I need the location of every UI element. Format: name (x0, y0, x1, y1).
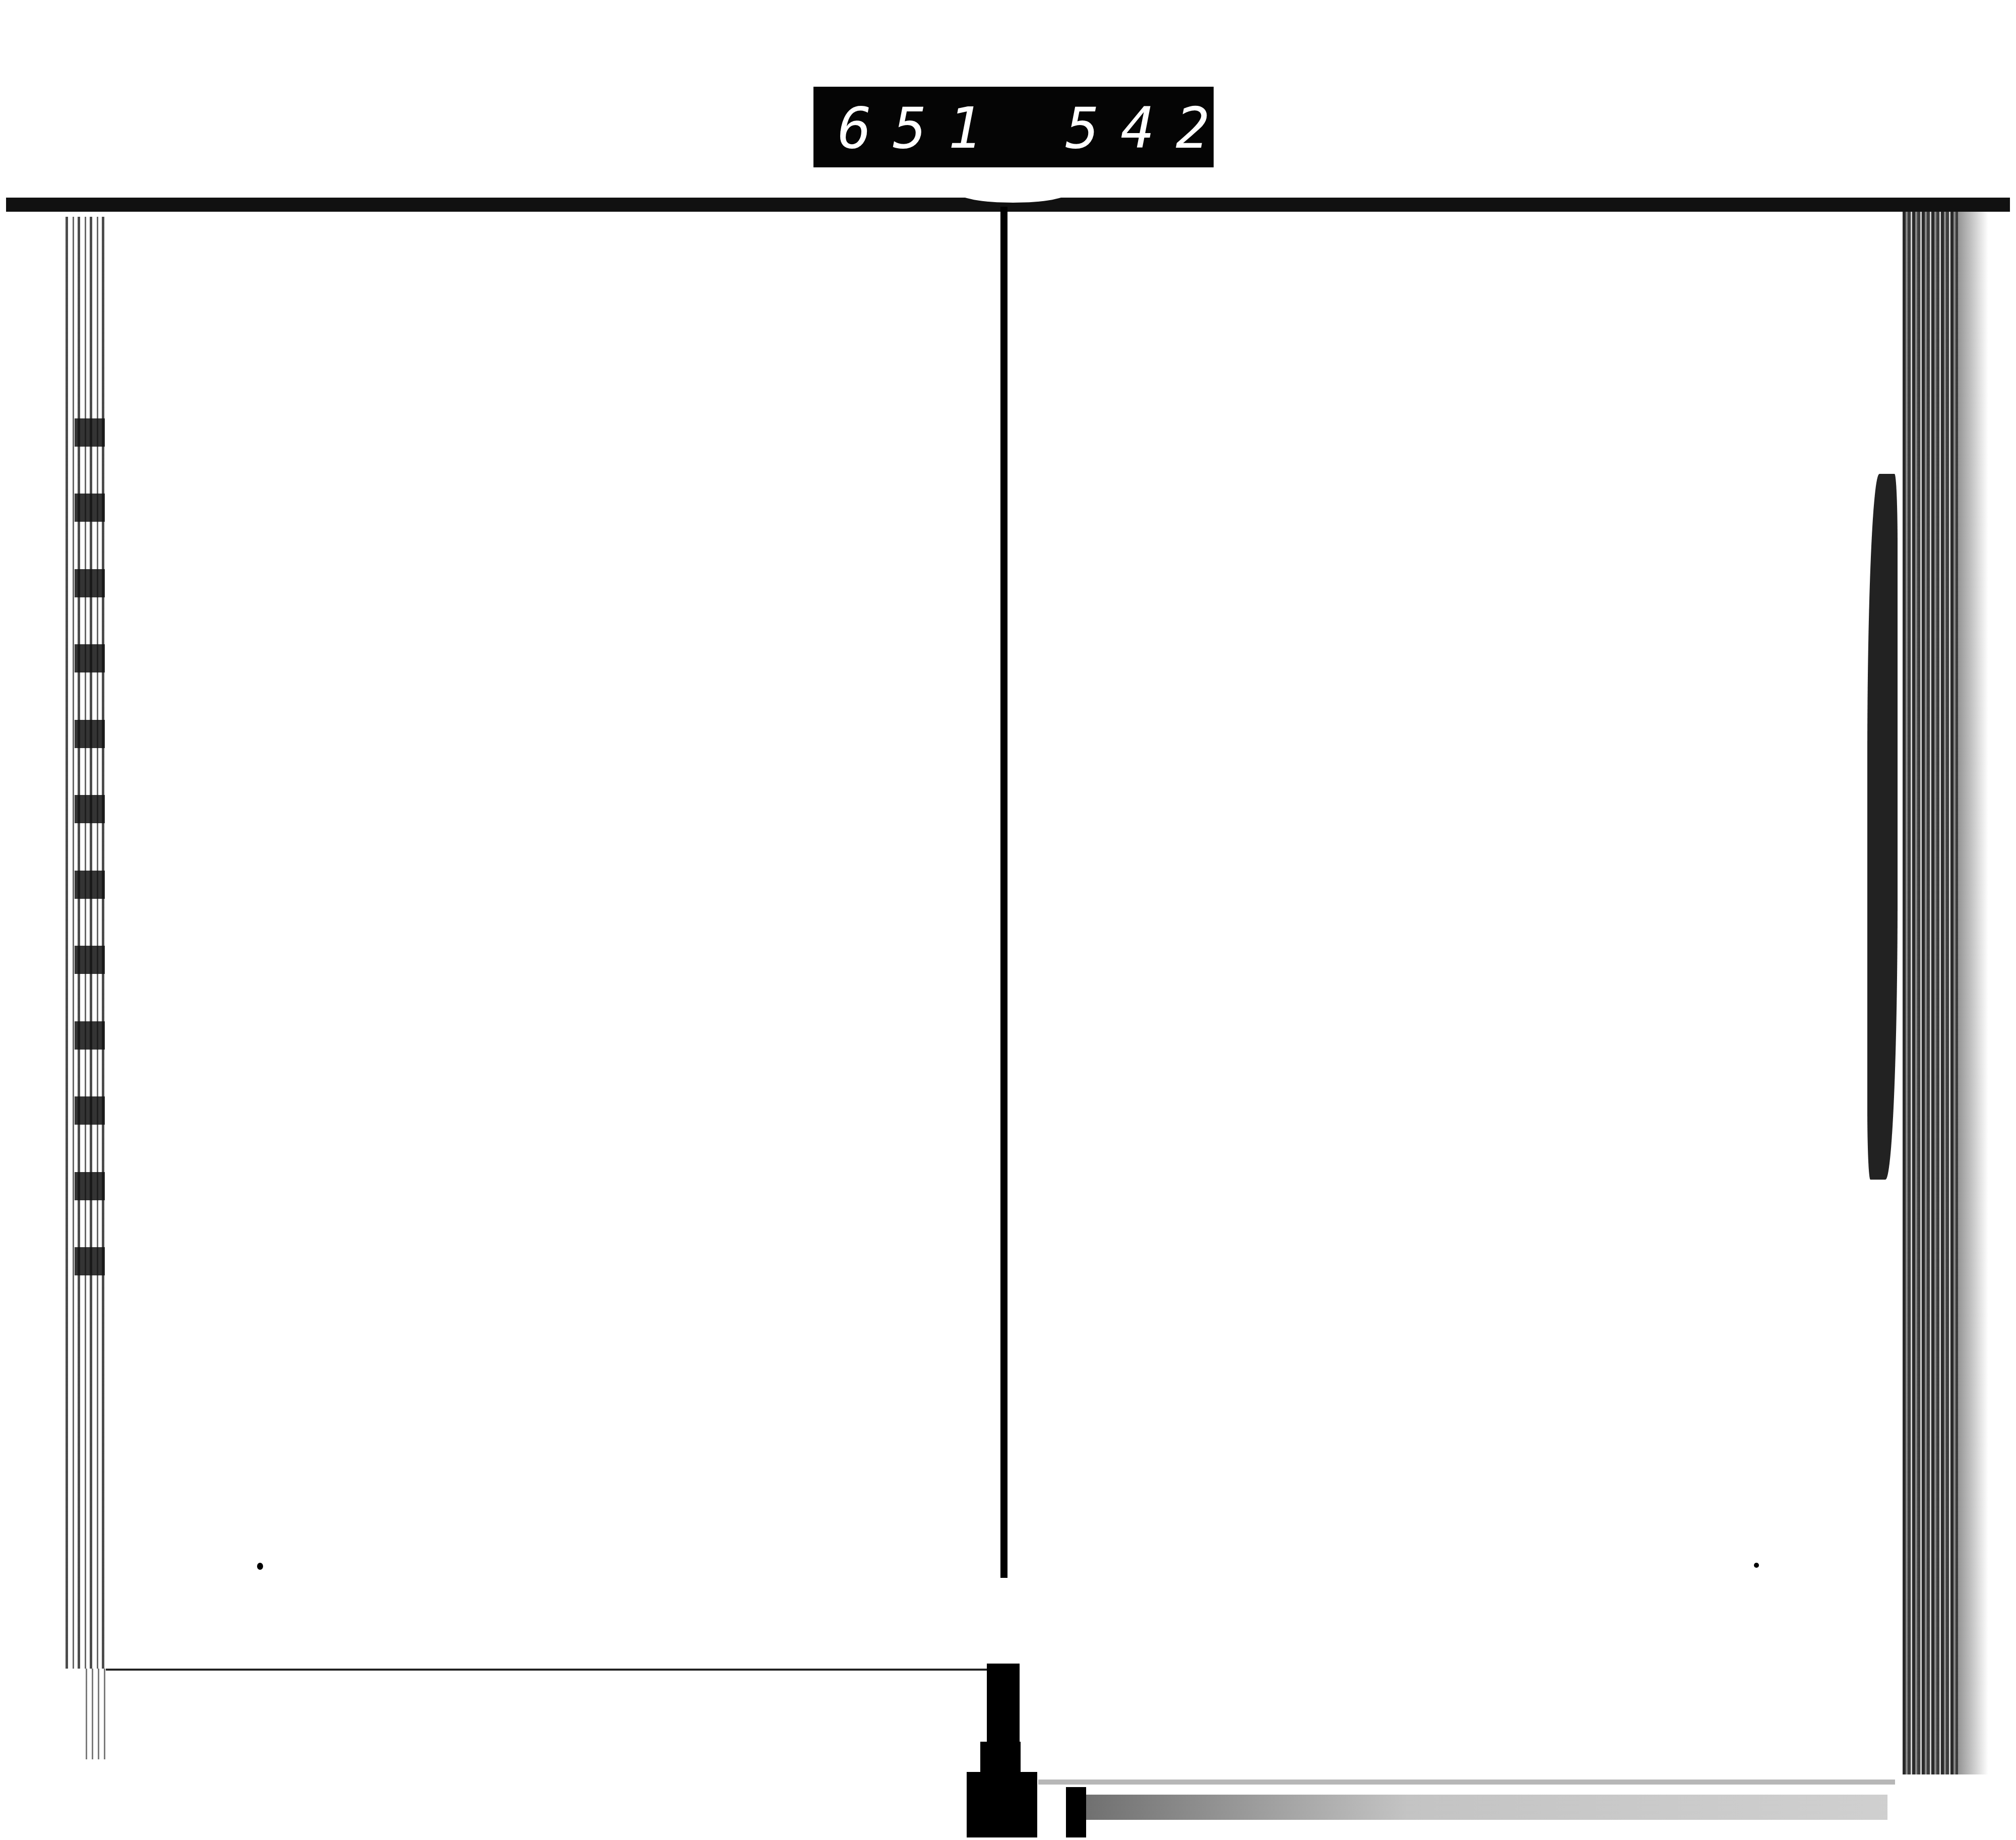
left-cover-edge (86, 1669, 106, 1759)
microfilm-frame: 651 542. (0, 0, 2016, 1840)
page-clamp-foot (967, 1772, 1037, 1837)
frame-counter-label: 651 542. (810, 87, 1214, 167)
bottom-cover-edge (1038, 1780, 1895, 1785)
page-clamp-side (1066, 1787, 1086, 1837)
frame-counter-right: 542. (1065, 96, 1286, 161)
right-page-stack-edge (1903, 212, 1958, 1774)
left-page (106, 212, 1000, 1671)
gutter-line (1000, 207, 1007, 1578)
right-page (1007, 212, 1903, 1669)
left-spine-characters (75, 418, 105, 1275)
speck (1754, 1563, 1759, 1568)
right-edge-shadow (1958, 212, 1988, 1774)
frame-counter-left: 651 (838, 96, 1003, 161)
speck (257, 1563, 263, 1570)
right-margin-tab-strip (1867, 474, 1898, 1180)
bottom-cover-shadow (1086, 1795, 1887, 1820)
